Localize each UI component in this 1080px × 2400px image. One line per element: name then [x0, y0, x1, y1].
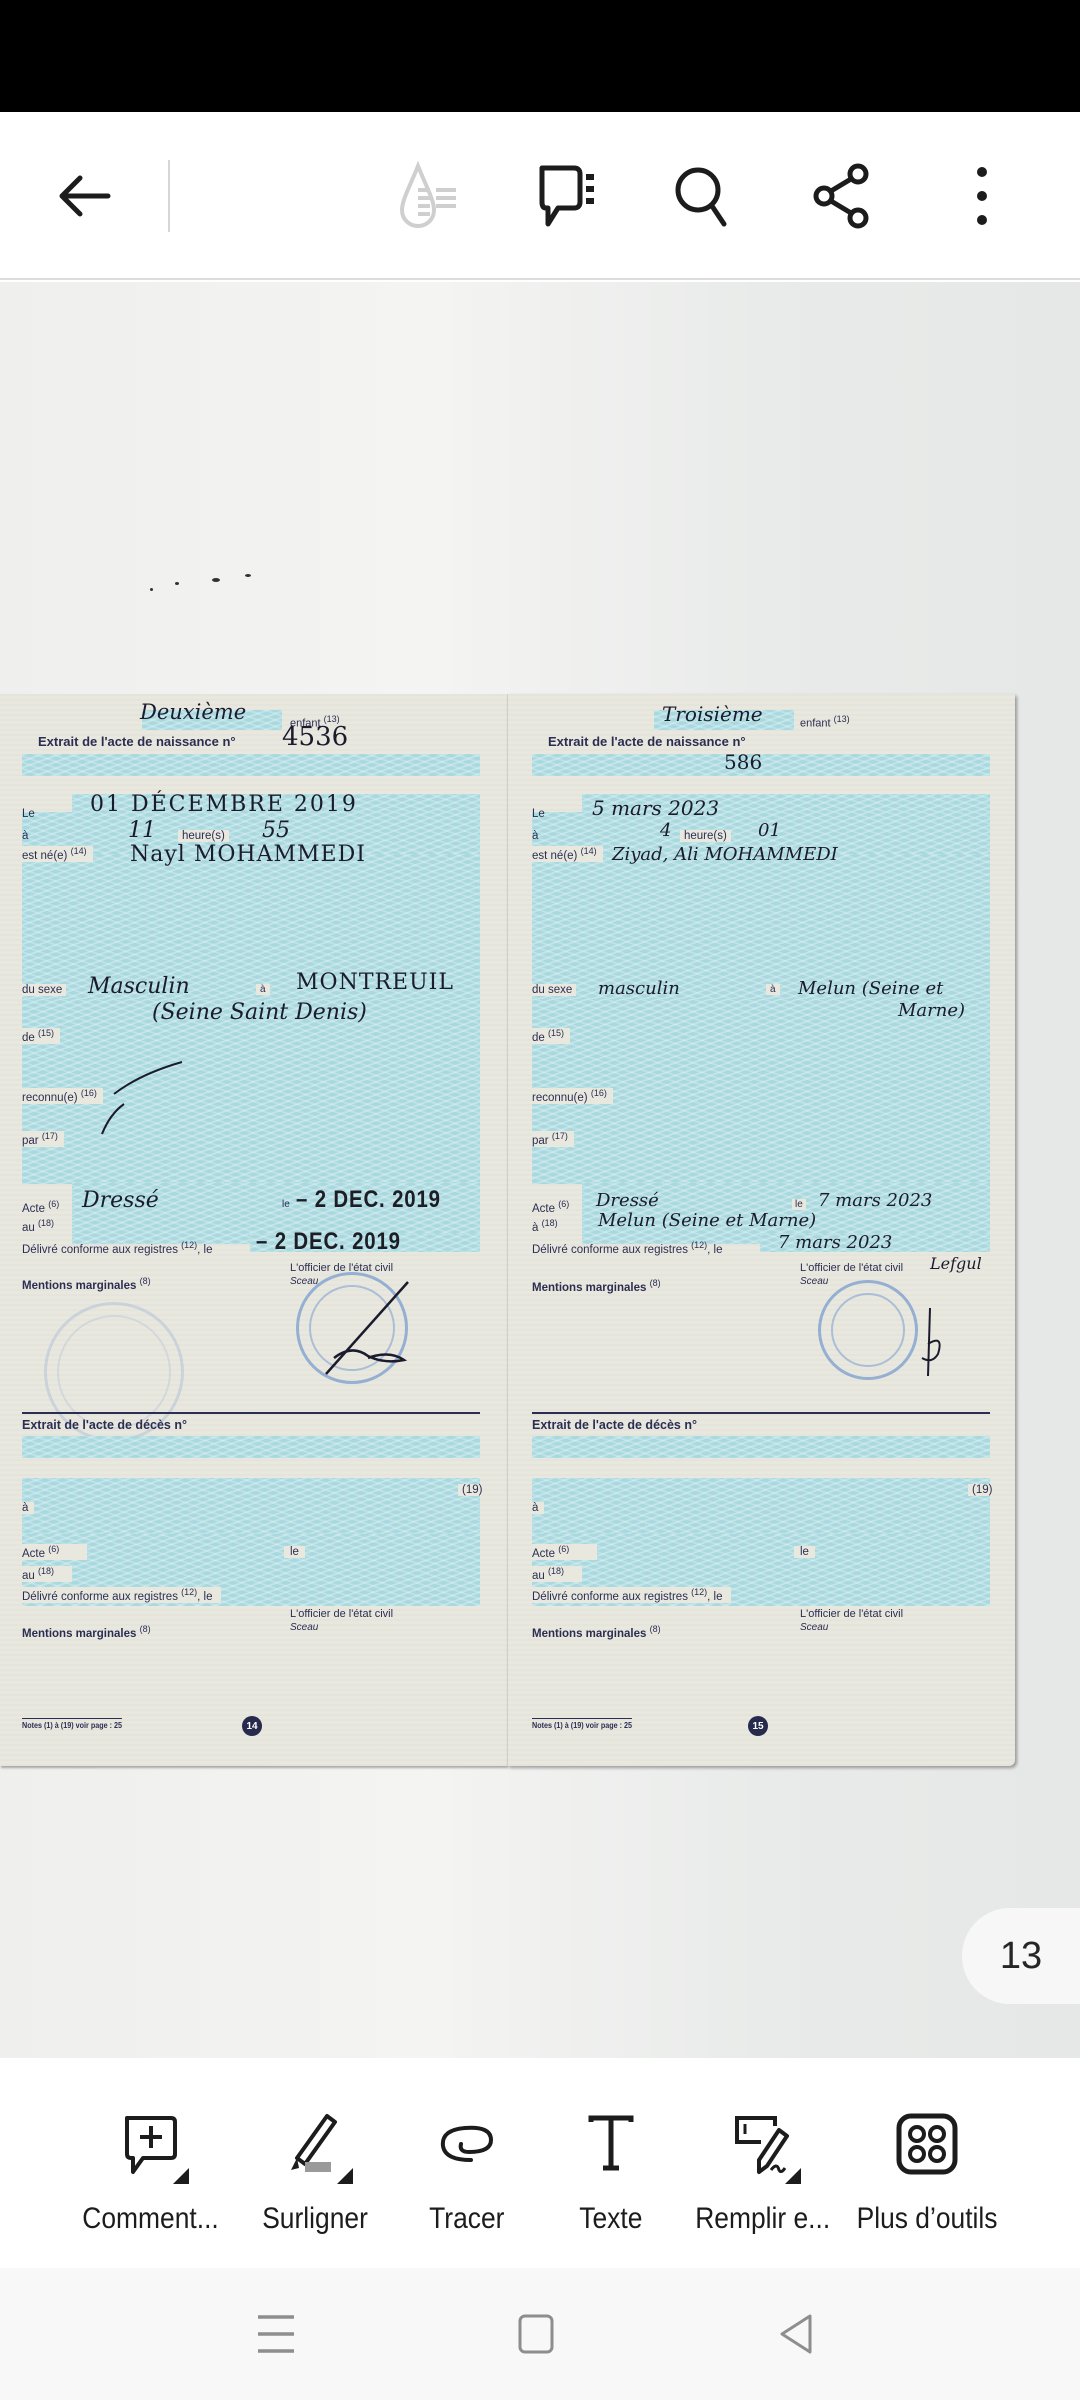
- birth-number: 586: [724, 750, 762, 774]
- scan-speck: [212, 578, 220, 582]
- acte-date: 7 mars 2023: [818, 1190, 932, 1211]
- system-navigation-bar: [0, 2268, 1080, 2400]
- draw-icon: [435, 2112, 499, 2176]
- menu-indicator: [785, 2168, 801, 2184]
- scan-speck: [175, 582, 179, 585]
- recent-apps-button[interactable]: [236, 2304, 316, 2364]
- tool-label: Surligner: [262, 2202, 368, 2236]
- child-rank: Deuxième: [140, 700, 246, 724]
- more-button[interactable]: [938, 152, 1026, 240]
- status-bar: [0, 0, 1080, 112]
- birth-hour: 11: [128, 818, 156, 843]
- booklet-page-right: Troisième enfant (13) Extrait de l'acte …: [507, 694, 1015, 1766]
- back-triangle-icon: [776, 2314, 816, 2354]
- liquid-mode-button[interactable]: [388, 152, 476, 240]
- child-sex: masculin: [598, 978, 680, 999]
- recent-apps-icon: [256, 2314, 296, 2354]
- comments-button[interactable]: [524, 152, 612, 240]
- menu-indicator: [337, 2168, 353, 2184]
- birth-extract-title: Extrait de l'acte de naissance n°: [548, 734, 746, 749]
- death-extract-title: Extrait de l'acte de décès n°: [22, 1418, 187, 1432]
- birth-hour: 4: [660, 820, 671, 841]
- arrow-left-icon: [54, 166, 114, 226]
- add-comment-icon: [119, 2112, 183, 2176]
- highlight-tool-button[interactable]: Surligner: [230, 2104, 400, 2244]
- share-button[interactable]: [798, 152, 886, 240]
- tool-label: Tracer: [429, 2202, 504, 2236]
- back-nav-button[interactable]: [756, 2304, 836, 2364]
- delivered-date: 7 mars 2023: [778, 1232, 892, 1253]
- footer-notes: Notes (1) à (19) voir page : 25: [532, 1718, 632, 1730]
- acte-value: Dressé: [82, 1188, 159, 1213]
- fill-sign-icon: [731, 2112, 795, 2176]
- toolbar-divider: [168, 160, 170, 232]
- highlighter-icon: [283, 2112, 347, 2176]
- home-button[interactable]: [496, 2304, 576, 2364]
- child-rank: Troisième: [662, 702, 763, 726]
- search-icon: [668, 160, 740, 232]
- menu-indicator: [173, 2168, 189, 2184]
- birth-place-line2: Marne): [898, 1000, 965, 1021]
- page-number: 14: [242, 1716, 262, 1736]
- acte-date-stamp: – 2 DEC. 2019: [296, 1186, 441, 1214]
- birth-minutes: 55: [262, 818, 290, 843]
- document-viewer[interactable]: Deuxième enfant (13) Extrait de l'acte d…: [0, 282, 1080, 2058]
- signature: [312, 1274, 422, 1384]
- birth-extract-title: Extrait de l'acte de naissance n°: [38, 734, 236, 749]
- share-icon: [806, 160, 878, 232]
- birth-place-line1: MONTREUIL: [296, 970, 454, 995]
- top-toolbar: [0, 112, 1080, 280]
- text-tool-button[interactable]: Texte: [526, 2104, 696, 2244]
- birth-place-line1: Melun (Seine et: [798, 978, 943, 999]
- child-sex: Masculin: [88, 974, 190, 999]
- signature: [908, 1304, 948, 1384]
- liquid-mode-icon: [396, 160, 468, 232]
- text-icon: [579, 2112, 643, 2176]
- bottom-toolbar: Comment... Surligner Tracer Texte Rempli…: [0, 2058, 1080, 2268]
- death-extract-title: Extrait de l'acte de décès n°: [532, 1418, 697, 1432]
- booklet-page-left: Deuxième enfant (13) Extrait de l'acte d…: [0, 694, 507, 1766]
- scan-speck: [150, 588, 153, 591]
- footer-notes: Notes (1) à (19) voir page : 25: [22, 1718, 122, 1730]
- more-vertical-icon: [962, 160, 1002, 232]
- comments-list-icon: [532, 160, 604, 232]
- scan-speck: [245, 574, 251, 577]
- more-tools-button[interactable]: Plus d’outils: [842, 2104, 1012, 2244]
- officer-name: Lefgul: [930, 1254, 982, 1273]
- search-button[interactable]: [660, 152, 748, 240]
- town-hall-seal: [818, 1280, 918, 1380]
- acte-value: Dressé: [596, 1190, 659, 1211]
- back-button[interactable]: [40, 152, 128, 240]
- fill-sign-tool-button[interactable]: Remplir e...: [678, 2104, 848, 2244]
- comment-tool-button[interactable]: Comment...: [66, 2104, 236, 2244]
- acte-place: Melun (Seine et Marne): [598, 1210, 816, 1231]
- page-number: 15: [748, 1716, 768, 1736]
- delivered-date-stamp: – 2 DEC. 2019: [256, 1228, 401, 1256]
- birth-number: 4536: [282, 722, 348, 752]
- more-tools-icon: [895, 2112, 959, 2176]
- tool-label: Texte: [579, 2202, 642, 2236]
- tool-label: Plus d’outils: [857, 2202, 998, 2236]
- birth-date: 01 DÉCEMBRE 2019: [90, 792, 358, 817]
- home-icon: [516, 2314, 556, 2354]
- page-number-indicator[interactable]: 13: [962, 1908, 1080, 2004]
- birth-date: 5 mars 2023: [592, 796, 719, 820]
- birth-minutes: 01: [758, 820, 781, 841]
- tool-label: Remplir e...: [696, 2202, 831, 2236]
- tool-label: Comment...: [83, 2202, 219, 2236]
- strike-line: [100, 1054, 190, 1144]
- child-name: Ziyad, Ali MOHAMMEDI: [612, 844, 838, 865]
- child-name: Nayl MOHAMMEDI: [130, 842, 366, 867]
- birth-place-line2: (Seine Saint Denis): [152, 1000, 367, 1025]
